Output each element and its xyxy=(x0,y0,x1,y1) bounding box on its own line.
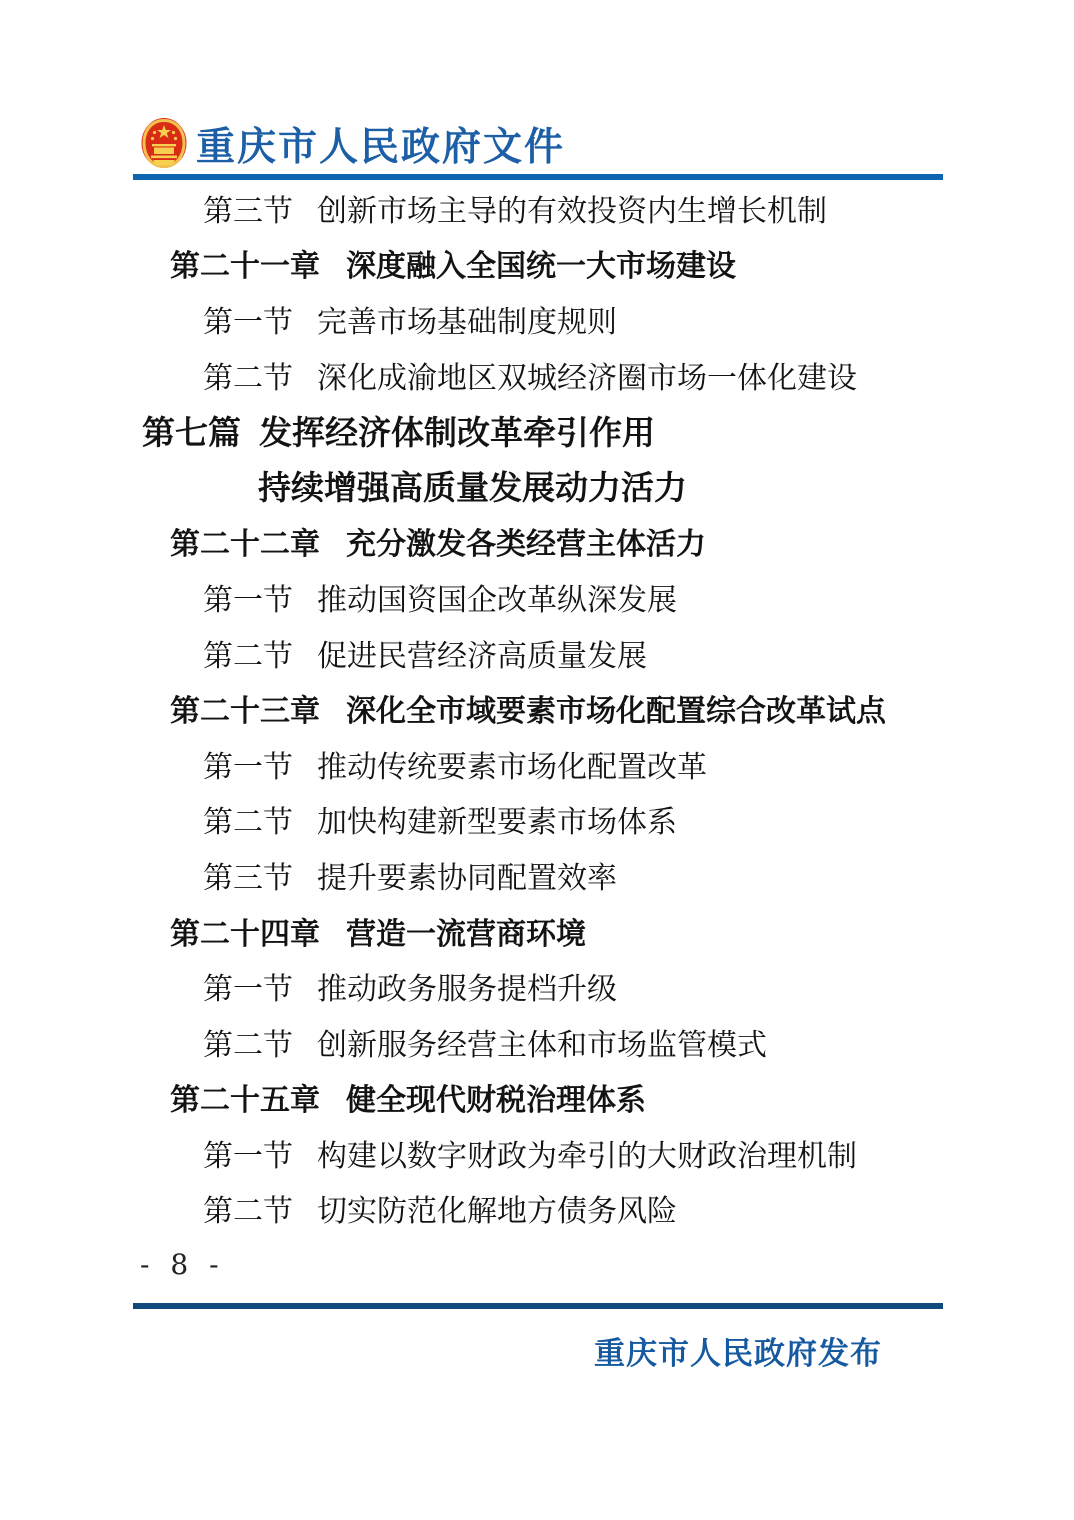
toc-row: 第一节 完善市场基础制度规则 xyxy=(140,291,942,347)
toc-row: 第二十三章 深化全市域要素市场化配置综合改革试点 xyxy=(140,680,942,736)
toc-row-title: 深度融入全国统一大市场建设 xyxy=(346,241,736,285)
toc-row-label: 第二十三章 xyxy=(170,686,320,730)
toc-row-title: 推动国资国企改革纵深发展 xyxy=(317,575,677,619)
toc-row-label: 第二十二章 xyxy=(170,519,320,563)
toc-row-title: 创新市场主导的有效投资内生增长机制 xyxy=(317,186,827,230)
page-body: 重庆市人民政府文件 第三节 创新市场主导的有效投资内生增长机制 第二十一章 深度… xyxy=(140,0,942,1520)
toc-row: 第三节 创新市场主导的有效投资内生增长机制 xyxy=(140,180,942,236)
toc-row: 持续增强高质量发展动力活力 xyxy=(140,458,942,514)
toc-row-title: 充分激发各类经营主体活力 xyxy=(346,519,706,563)
toc-row: 第二节 创新服务经营主体和市场监管模式 xyxy=(140,1014,942,1070)
toc-row: 第一节 推动国资国企改革纵深发展 xyxy=(140,569,942,625)
toc-row-label: 第二十五章 xyxy=(170,1075,320,1119)
toc-row-label: 第一节 xyxy=(203,297,293,341)
toc-row-label: 第二十一章 xyxy=(170,241,320,285)
toc-row-label: 第三节 xyxy=(203,853,293,897)
toc-row: 第二节 促进民营经济高质量发展 xyxy=(140,625,942,681)
page-number: - 8 - xyxy=(140,1248,225,1281)
toc-row-label: 第一节 xyxy=(203,964,293,1008)
toc-row-title: 促进民营经济高质量发展 xyxy=(317,631,647,675)
toc-row-label: 第七篇 xyxy=(142,407,241,454)
toc-row: 第二十一章 深度融入全国统一大市场建设 xyxy=(140,236,942,292)
toc-row-title: 健全现代财税治理体系 xyxy=(346,1075,646,1119)
toc-row: 第一节 推动政务服务提档升级 xyxy=(140,958,942,1014)
document-header-title: 重庆市人民政府文件 xyxy=(196,116,565,172)
toc-row-label: 第二十四章 xyxy=(170,909,320,953)
toc-row: 第二节 加快构建新型要素市场体系 xyxy=(140,792,942,848)
toc-row-title: 发挥经济体制改革牵引作用 xyxy=(259,407,655,454)
toc-row: 第七篇 发挥经济体制改革牵引作用 xyxy=(140,402,942,458)
toc-row: 第二十四章 营造一流营商环境 xyxy=(140,903,942,959)
toc-row-label: 第一节 xyxy=(203,1131,293,1175)
toc-row-label: 第一节 xyxy=(203,575,293,619)
toc-row-title: 构建以数字财政为牵引的大财政治理机制 xyxy=(317,1131,857,1175)
toc-row-title: 深化成渝地区双城经济圈市场一体化建设 xyxy=(317,353,857,397)
toc-row: 第二节 切实防范化解地方债务风险 xyxy=(140,1181,942,1237)
document-page: { "header": { "title": "重庆市人民政府文件", "emb… xyxy=(0,0,1074,1520)
footer-publisher: 重庆市人民政府发布 xyxy=(594,1328,882,1373)
toc-row-label: 第二节 xyxy=(203,1020,293,1064)
toc-row-label: 第一节 xyxy=(203,742,293,786)
toc-row-title: 推动传统要素市场化配置改革 xyxy=(317,742,707,786)
toc-row-label: 第二节 xyxy=(203,797,293,841)
toc-row-title: 完善市场基础制度规则 xyxy=(317,297,617,341)
toc-row: 第一节 构建以数字财政为牵引的大财政治理机制 xyxy=(140,1125,942,1181)
toc-row: 第一节 推动传统要素市场化配置改革 xyxy=(140,736,942,792)
china-national-emblem-icon xyxy=(140,117,188,171)
toc-row: 第二十二章 充分激发各类经营主体活力 xyxy=(140,514,942,570)
footer-divider-rule xyxy=(133,1303,943,1309)
toc-row-title: 切实防范化解地方债务风险 xyxy=(317,1186,677,1230)
toc-row: 第二十五章 健全现代财税治理体系 xyxy=(140,1070,942,1126)
toc-row-label: 第三节 xyxy=(203,186,293,230)
toc-row-label: 第二节 xyxy=(203,1186,293,1230)
toc-row-title: 营造一流营商环境 xyxy=(346,909,586,953)
toc-row: 第二节 深化成渝地区双城经济圈市场一体化建设 xyxy=(140,347,942,403)
toc-row-title: 深化全市域要素市场化配置综合改革试点 xyxy=(346,686,886,730)
document-header: 重庆市人民政府文件 xyxy=(140,116,565,172)
toc-row-label: 第二节 xyxy=(203,631,293,675)
toc-row: 第三节 提升要素协同配置效率 xyxy=(140,847,942,903)
table-of-contents: 第三节 创新市场主导的有效投资内生增长机制 第二十一章 深度融入全国统一大市场建… xyxy=(140,180,942,1236)
toc-row-label: 第二节 xyxy=(203,353,293,397)
toc-row-title: 创新服务经营主体和市场监管模式 xyxy=(317,1020,767,1064)
toc-row-title: 提升要素协同配置效率 xyxy=(317,853,617,897)
toc-row-title: 推动政务服务提档升级 xyxy=(317,964,617,1008)
toc-row-title: 持续增强高质量发展动力活力 xyxy=(258,462,687,509)
toc-row-title: 加快构建新型要素市场体系 xyxy=(317,797,677,841)
